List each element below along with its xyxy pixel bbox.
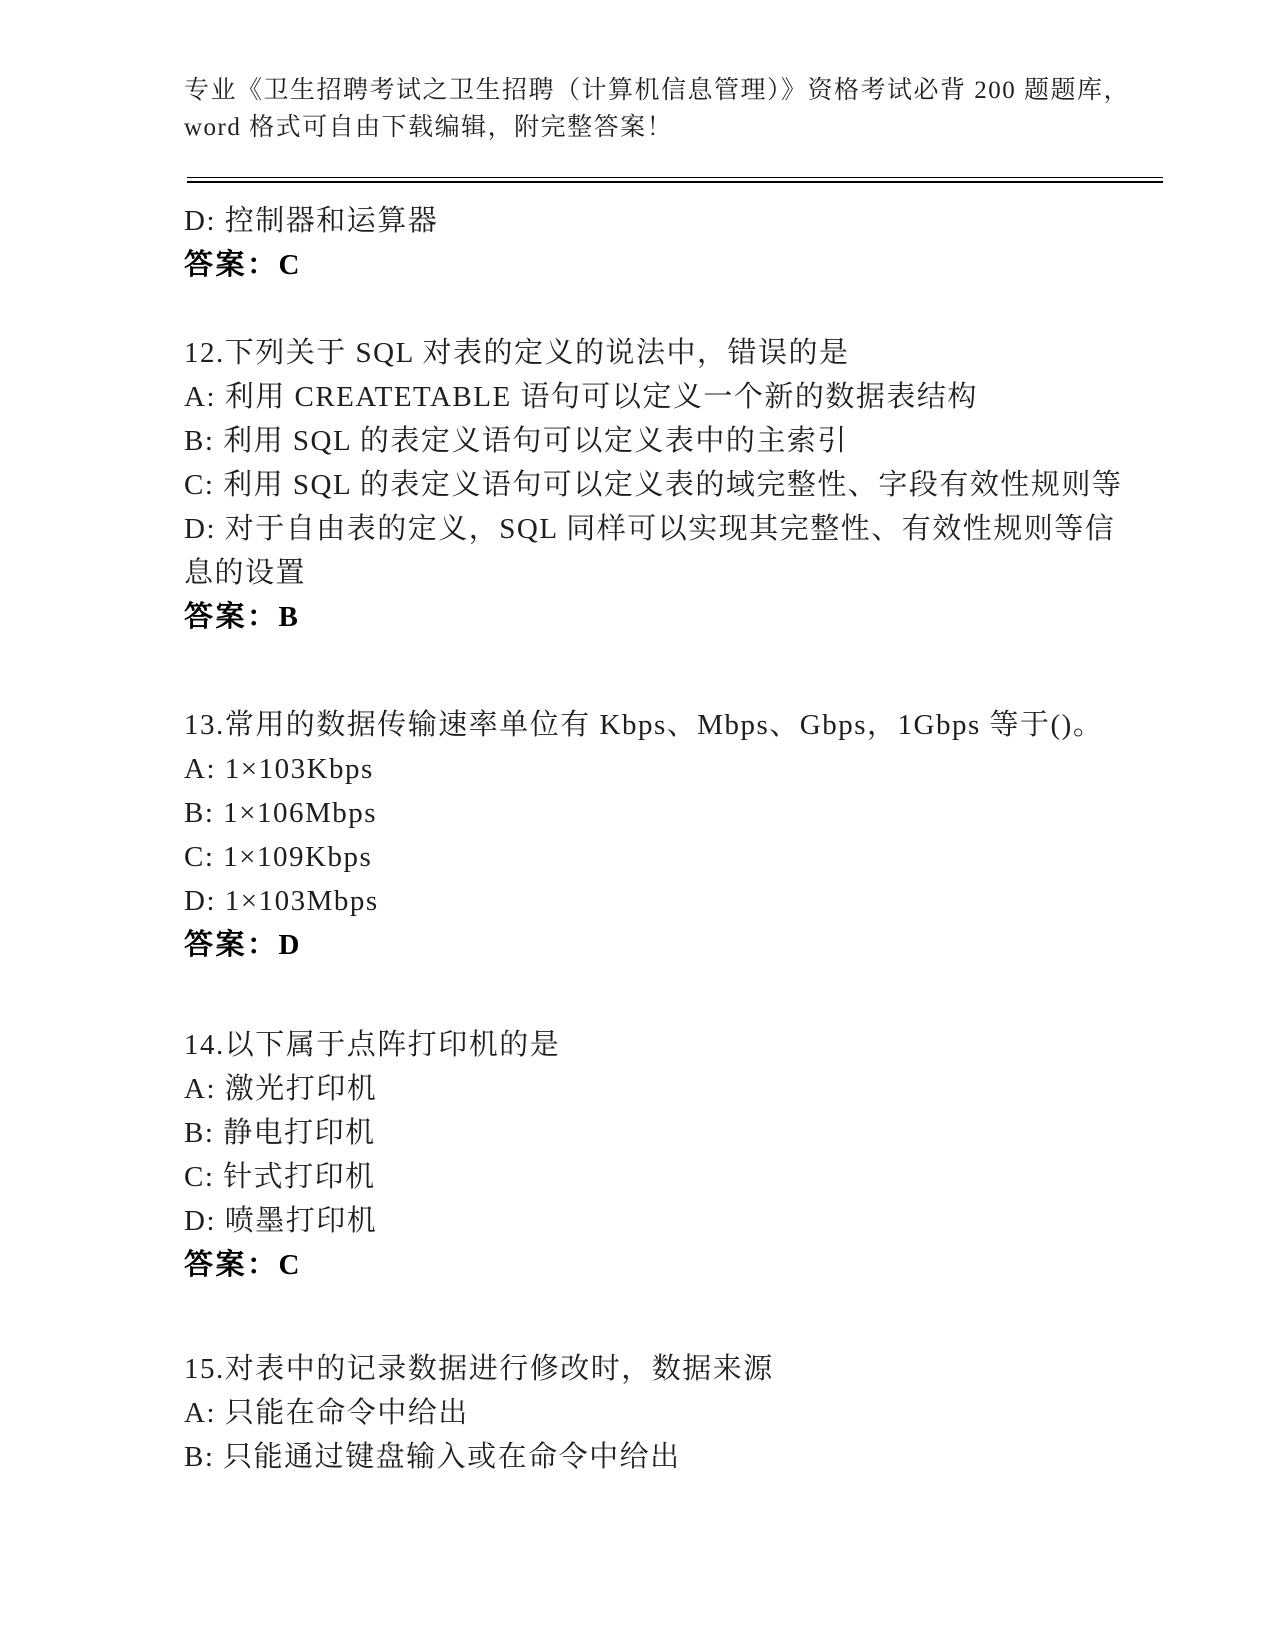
option-line: C: 1×109Kbps: [184, 835, 1194, 879]
carryover-block: D: 控制器和运算器答案：C: [184, 199, 1194, 287]
option-line: A: 1×103Kbps: [184, 747, 1194, 791]
question-title: 14.以下属于点阵打印机的是: [184, 1023, 1194, 1067]
question-block: 12.下列关于 SQL 对表的定义的说法中，错误的是A: 利用 CREATETA…: [184, 331, 1194, 639]
questions-area: D: 控制器和运算器答案：C12.下列关于 SQL 对表的定义的说法中，错误的是…: [184, 185, 1194, 1479]
answer-line: 答案：B: [184, 595, 1194, 639]
header-line-2: word 格式可自由下载编辑，附完整答案！: [184, 109, 1130, 146]
option-line: D: 喷墨打印机: [184, 1199, 1194, 1243]
header-line-1: 专业《卫生招聘考试之卫生招聘（计算机信息管理）》资格考试必背 200 题题库，: [184, 72, 1130, 109]
option-line: D: 控制器和运算器: [184, 199, 1194, 243]
option-line: B: 只能通过键盘输入或在命令中给出: [184, 1435, 1194, 1479]
header-divider-rule: [187, 177, 1163, 183]
answer-line: 答案：C: [184, 1243, 1194, 1287]
option-line: D: 1×103Mbps: [184, 879, 1194, 923]
answer-line: 答案：D: [184, 923, 1194, 967]
question-title: 12.下列关于 SQL 对表的定义的说法中，错误的是: [184, 331, 1194, 375]
question-block: 14.以下属于点阵打印机的是A: 激光打印机B: 静电打印机C: 针式打印机D:…: [184, 1023, 1194, 1287]
option-line: A: 激光打印机: [184, 1067, 1194, 1111]
question-block: 13.常用的数据传输速率单位有 Kbps、Mbps、Gbps，1Gbps 等于(…: [184, 703, 1194, 967]
document-page: 专业《卫生招聘考试之卫生招聘（计算机信息管理）》资格考试必背 200 题题库， …: [0, 0, 1275, 1650]
option-line: B: 静电打印机: [184, 1111, 1194, 1155]
option-line: C: 利用 SQL 的表定义语句可以定义表的域完整性、字段有效性规则等: [184, 463, 1194, 507]
question-block: 15.对表中的记录数据进行修改时，数据来源A: 只能在命令中给出B: 只能通过键…: [184, 1347, 1194, 1479]
question-title: 13.常用的数据传输速率单位有 Kbps、Mbps、Gbps，1Gbps 等于(…: [184, 703, 1194, 747]
option-line: A: 只能在命令中给出: [184, 1391, 1194, 1435]
option-line: 息的设置: [184, 551, 1194, 595]
option-line: B: 利用 SQL 的表定义语句可以定义表中的主索引: [184, 419, 1194, 463]
option-line: A: 利用 CREATETABLE 语句可以定义一个新的数据表结构: [184, 375, 1194, 419]
option-line: B: 1×106Mbps: [184, 791, 1194, 835]
question-title: 15.对表中的记录数据进行修改时，数据来源: [184, 1347, 1194, 1391]
answer-line: 答案：C: [184, 243, 1194, 287]
option-line: C: 针式打印机: [184, 1155, 1194, 1199]
document-header: 专业《卫生招聘考试之卫生招聘（计算机信息管理）》资格考试必背 200 题题库， …: [184, 72, 1130, 146]
option-line: D: 对于自由表的定义，SQL 同样可以实现其完整性、有效性规则等信: [184, 507, 1194, 551]
